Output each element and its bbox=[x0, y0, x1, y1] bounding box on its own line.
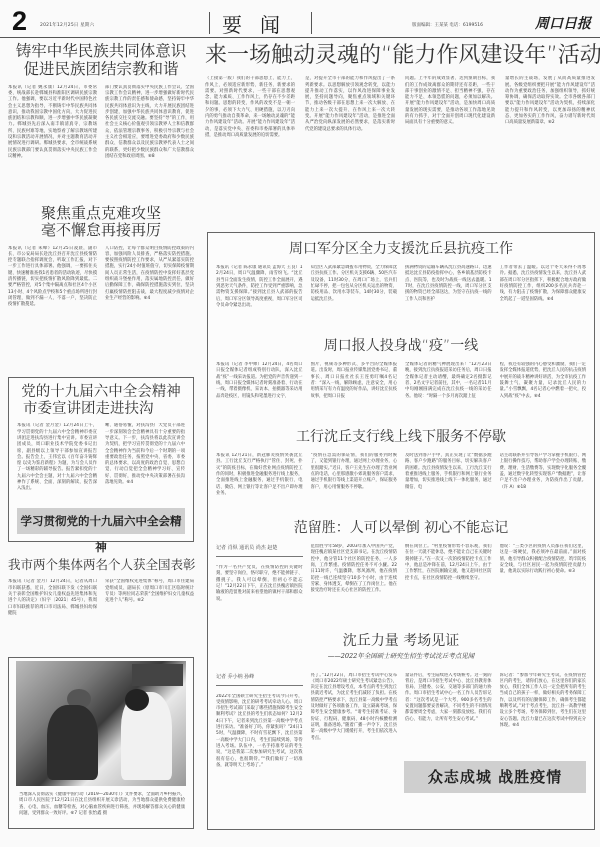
editor-line: 版面编辑：王某某 电话：6199516 bbox=[412, 22, 483, 28]
article-body-col: 部门要认真贯彻落实中央民族工作会议、全国宗教工作会议精神，进一步增强做好新时代民… bbox=[105, 85, 194, 173]
article-body-col: 是，对提升全市干部的能力和作风提出了一系列新要求。以思想解放引领观念转变，以能力… bbox=[305, 76, 395, 206]
article-headline: 我市两个集体两名个人获全国表彰 bbox=[8, 558, 194, 572]
article-body-col: 本报讯（记者 金月）12月24日，记者从周口市妇联获悉，近日，全国妇联下发《全国… bbox=[8, 579, 97, 617]
article-byline: 记者 肖纵 通讯员 尚杰 赵楚 bbox=[216, 544, 303, 551]
article-body-col: “疫情在急需的保证情，我们的服务到时候了，又能到银行办理，通过网上办理业务，心里… bbox=[311, 453, 398, 497]
article-headline: 聚焦重点克难攻坚 bbox=[8, 205, 194, 222]
article-body-col: （上接第一版）我们的干部思想上、能力上、作风上，必须适应新形势、新任务、新要求的… bbox=[205, 76, 295, 206]
article-headline: 来一场触动灵魂的“能力作风建设年”活动 bbox=[205, 43, 595, 68]
photo-story: 当地深入贯彻落实《健康中国行动（2019—2030年）》文件要求，全面助力乡村振… bbox=[8, 657, 194, 829]
article-reporters-frontline: 周口报人投身战“疫”一线 本报讯（记者 李中帅）12月24日，4名周口日报全媒体… bbox=[216, 338, 586, 400]
article-body-col: 援满物资的运输车辆从沈丘县高速路口、迅速抵达沈丘县防疫指挥中心，各乡镇基层防疫卡… bbox=[405, 265, 492, 309]
article-subheadline: ——2022年全国硕士研究生招生考试沈丘考点见闻 bbox=[216, 653, 586, 660]
article-headline: 铸牢中华民族共同体意识 bbox=[8, 43, 194, 61]
article-body-col: 程，我还有较强的内心感受和激励，我们一定发挥全媒体报道优势，把沈丘人民的抗击疫情… bbox=[500, 362, 587, 400]
section-divider-right bbox=[311, 12, 312, 34]
article-main-campaign: 来一场触动灵魂的“能力作风建设年”活动 （上接第一版）我们的干部思想上、能力上、… bbox=[205, 43, 595, 206]
article-body-col: 及时送到客户手中，真正实现了让“数据多跑路、客户少跑路”的服务目标，切实解决客户… bbox=[405, 453, 492, 497]
article-body-col: 本报讯（记者 朱峰）12月25日凌晨，副市长、市公安局局长赴沈丘县召开沈丘县疫情… bbox=[8, 246, 97, 346]
page-number: 2 bbox=[12, 6, 27, 37]
article-body-col: 他说：“三类小区的疫情人员都在我们这里，这是一场硬仗，我必须冲在最前面。”面对疫… bbox=[500, 544, 587, 606]
news-photo bbox=[16, 661, 186, 786]
byline-rule bbox=[216, 685, 303, 686]
article-headline: 工行沈丘支行线上线下服务不停歇 bbox=[216, 429, 586, 445]
article-headline-line2: 毫不懈怠再接再厉 bbox=[8, 222, 194, 239]
article-body-col: 量增长的主战场，发展了从而高质量推进发展。各级党组织要把开展“能力作风建设年”活… bbox=[505, 76, 595, 206]
article-headline: 沈丘力量 考场见证 bbox=[216, 633, 586, 649]
article-fan-liusheng: 范留胜：人可以晕倒 初心不能忘记 记者 肖纵 通讯员 尚杰 赵楚 “作为一名共产… bbox=[216, 520, 586, 606]
article-headline: 周口军分区全力支援沈丘县抗疫工作 bbox=[216, 241, 586, 257]
article-body-col: 2022年全国硕士研究生招生考试今日开考，受疫情影响，沈丘的研考考试牵动人心。周… bbox=[216, 694, 303, 814]
article-military-support: 周口军分区全力支援沈丘县抗疫工作 本报讯（记者 陈永康 通讯员 孟海天 王良）1… bbox=[216, 241, 586, 309]
article-headline: 党的十九届六中全会精神 bbox=[9, 384, 193, 401]
article-key-areas: 聚焦重点克难攻坚 毫不懈怠再接再厉 本报讯（记者 朱峰）12月25日凌晨，副市长… bbox=[8, 205, 194, 346]
slogan-banner: 众志成城 战胜疫情 bbox=[404, 761, 586, 793]
article-body-col: 倒在岗位上。“村里疫情形势不容乐观，我们在位一天就不能休息，绝不能让自己在关键时… bbox=[405, 544, 492, 606]
article-headline-line2: 促进民族团结宗教和谐 bbox=[8, 61, 194, 79]
article-body-col: 本报讯（记者 姚永康）12月24日，市委常委、统战部长赴郸城县和淮阳区调研民族宗… bbox=[8, 85, 97, 173]
article-body-col: 工作者带去了温暖。以这个冬天来得不再寒冷。据悉，沈丘县疫情发生以来，沈丘县人武部… bbox=[500, 265, 587, 309]
article-body-col: 本报讯（记者 李中帅）12月24日，4名周口日报全媒体记者组成特别行动队，深入沈… bbox=[216, 362, 303, 400]
section-title: 要闻 bbox=[222, 9, 298, 38]
article-body-col: 问题。上半年的成效显著、达到预期目标，我们的工作成效离群众的期待还有差距，一些干… bbox=[405, 76, 495, 206]
byline-rule bbox=[216, 556, 303, 557]
epidemic-section-frame: 周口军分区全力支援沈丘县抗疫工作 本报讯（记者 陈永康 通讯员 孟海天 王良）1… bbox=[207, 232, 595, 830]
issue-date: 2021年12月25日 星期六 bbox=[40, 22, 94, 28]
article-body-col: 亮了。”12月22日，周口市招生考试中心发布《周口市2022年硕士研究生考试紧急… bbox=[311, 673, 398, 813]
page-masthead: 2 2021年12月25日 星期六 要闻 版面编辑：王某某 电话：6199516… bbox=[0, 0, 600, 38]
photo-caption: 当地深入贯彻落实《健康中国行动（2019—2030年）》文件要求，全面助力乡村振… bbox=[19, 792, 185, 824]
article-body-col: 图片、视频等多种形式、多平台的全媒体报道。出发时，周口报业传媒集团党委书记、董事… bbox=[311, 362, 398, 400]
article-byline: 记者 乔小纳 孙峰 bbox=[216, 673, 303, 680]
article-body-col: 本报讯（记者 金月金）12月24日上午，学习贯彻党的十九届六中全会精神市委宣讲团… bbox=[17, 423, 97, 499]
paper-logo: 周口日报 bbox=[535, 13, 591, 33]
article-body-col: 本报讯（记者 陈永康 通讯员 孟海天 王良）12月24日，周口气温骤降，雨雪纷飞… bbox=[216, 265, 303, 309]
article-body-col: “作为一名共产党员，在疫情防控的关键时刻，要坚守岗位，恪尽职守，绝不能掉链子、撂… bbox=[216, 565, 303, 603]
section-divider-left bbox=[209, 12, 210, 34]
article-body-col: 晰、通俗易懂，对扶沟县广大党员干部进一步深刻领会全会精神具有十分重要的指导意义。… bbox=[105, 423, 185, 499]
article-body-col: 量证件后，考生陆续进入考场候考。这一刻的背后，是周口市招生考试中心、沈丘县教育体… bbox=[405, 673, 492, 765]
article-body-col: 荣获“全国维权先进集体”称号，周口市住建局党组成员、副局长（原周口市川汇区临时统… bbox=[105, 579, 194, 617]
article-bank-service: 工行沈丘支行线上线下服务不停歇 本报讯 12月21日，新冠肺炎疫情突袭沈丘县。工… bbox=[216, 429, 586, 497]
article-headline-line2: 市委宣讲团走进扶沟 bbox=[9, 401, 193, 418]
article-body-col: 诉记者：“参加今年研究生考试，在疫情管控区内的考生，请你们放心，在这里你们的家长… bbox=[500, 673, 587, 765]
plenum-study-banner: 学习贯彻党的十九届六中全会精神 bbox=[17, 508, 185, 534]
article-headline: 范留胜：人可以晕倒 初心不能忘记 bbox=[216, 520, 586, 536]
article-body-col: 知会区人武部紧急调拨军用物资，全力保障沈丘县抗疫工作。分区机关支援6辆、50匹汽… bbox=[311, 265, 398, 309]
article-award: 我市两个集体两名个人获全国表彰 本报讯（记者 金月）12月24日，记者从周口市妇… bbox=[8, 558, 194, 617]
article-body-col: 人口防控，让每个群众明白疫情防控政策的内容，加强风险人员排查，严格落实防控措施。… bbox=[105, 246, 194, 346]
article-body-col: 话主动联系并引导客户学习掌握手机银行、网上银行操作技巧，帮助客户学会办理转账、缴… bbox=[500, 453, 587, 497]
article-body-col: 范留胜今年58岁，2003年加入中国共产党，现任槐店镇某社区党支部书记。在沈丘疫… bbox=[311, 544, 398, 606]
article-headline: 周口报人投身战“疫”一线 bbox=[216, 338, 586, 354]
article-body-col: 本报讯 12月21日，新冠肺炎疫情突袭沈丘县。工行沈丘支行严格执行“管住、封死、… bbox=[216, 453, 303, 497]
article-plenum-study: 党的十九届六中全会精神 市委宣讲团走进扶沟 本报讯（记者 金月金）12月24日上… bbox=[8, 377, 194, 542]
article-ethnic-unity: 铸牢中华民族共同体意识 促进民族团结宗教和谐 本报讯（记者 姚永康）12月24日… bbox=[8, 43, 194, 173]
article-body-col: 全媒体记者的精气神展现出来！”12月23日晚，接到沈丘抗疫报道采访任务后，周口日… bbox=[405, 362, 492, 400]
